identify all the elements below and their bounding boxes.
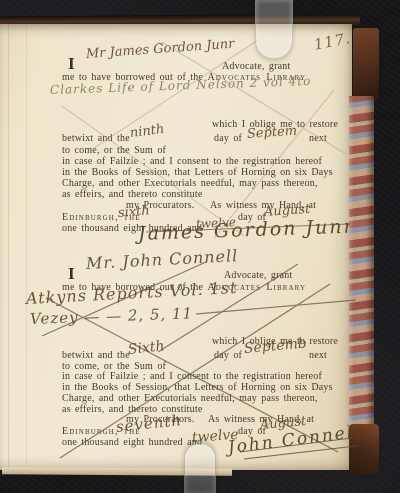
handwritten-book-title: Atkyns Reports Vol. 1st	[26, 278, 238, 308]
printed-year-prefix: one thousand eight hundred and	[62, 437, 202, 448]
handwritten-restore-day: Sixth	[127, 338, 165, 358]
printed-next-word: next	[309, 350, 327, 361]
printed-betwixt-prefix: betwixt and the	[62, 350, 130, 361]
printed-books-line: in the Books of Session, that Letters of…	[62, 382, 333, 393]
page-holder-strap-top	[255, 0, 293, 59]
marbled-page-edges	[349, 96, 374, 428]
ledger-page: 117. I Mr James Gordon Junr Advocate, gr…	[0, 24, 352, 470]
handwritten-book-title-line2: Vezey — — 2, 5, 11	[30, 304, 194, 328]
printed-day-of: day of	[214, 350, 242, 361]
printed-failzie-line: in case of Failzie ; and I consent to th…	[62, 371, 322, 382]
book-cover-corner-top	[353, 28, 379, 100]
printed-charge-line: Charge, and other Executorials needful, …	[62, 393, 318, 404]
handwritten-borrower-name: Mr. John Connell	[86, 246, 239, 273]
printed-i-initial: I	[68, 264, 75, 284]
page-holder-strap-bottom	[184, 443, 216, 493]
book-cover-corner-bottom	[349, 424, 379, 474]
borrow-form-entry-2: I Mr. John Connell Advocate, grant me to…	[0, 24, 352, 470]
